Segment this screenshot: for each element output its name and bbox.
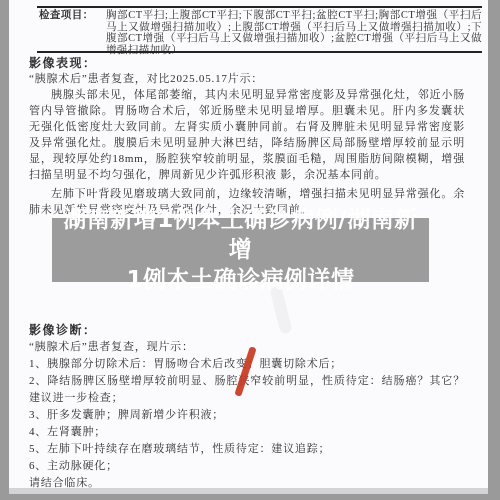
diagnosis-section: 影像诊断： “胰腺术后”患者复查，现片示： 1、胰腺部分切除术后：胃肠吻合术后改… — [29, 322, 465, 492]
news-headline-banner: 湖南新增1例本土确诊病例/湖南新增 1例本土确诊病例详情 — [52, 218, 429, 282]
diagnosis-item: 4、左肾囊肿； — [29, 424, 465, 441]
diagnosis-item: 5、左肺下叶持续存在磨玻璃结节，性质待定：建议追踪； — [29, 441, 465, 458]
findings-intro: “胰腺术后”患者复查，对比2025.05.17片示： — [29, 71, 465, 87]
findings-paragraph-1: 胰腺头部未见，体尾部萎缩，其内未见明显异常密度影及异常强化灶，邻近小肠管内导管撤… — [29, 87, 465, 183]
banner-line-2: 1例本土确诊病例详情 — [126, 265, 354, 295]
findings-heading: 影像表现： — [29, 55, 465, 71]
banner-line-1: 湖南新增1例本土确诊病例/湖南新增 — [52, 205, 429, 265]
diagnosis-item: 3、肝多发囊肿；脾周新增少许积液； — [29, 407, 465, 424]
mid-divider — [37, 51, 482, 53]
exam-items-row: 检查项目： 胸部CT平扫;上腹部CT平扫;下腹部CT平扫;盆腔CT平扫;胸部CT… — [39, 10, 482, 56]
diagnosis-item: 6、主动脉硬化； — [29, 458, 465, 475]
findings-section: 影像表现： “胰腺术后”患者复查，对比2025.05.17片示： 胰腺头部未见，… — [29, 55, 465, 218]
top-divider — [37, 6, 482, 8]
diagnosis-heading: 影像诊断： — [29, 322, 465, 338]
report-photo: 检查项目： 胸部CT平扫;上腹部CT平扫;下腹部CT平扫;盆腔CT平扫;胸部CT… — [0, 0, 500, 500]
exam-items-label: 检查项目： — [39, 10, 106, 56]
exam-items-content: 胸部CT平扫;上腹部CT平扫;下腹部CT平扫;盆腔CT平扫;胸部CT增强（平扫后… — [106, 10, 482, 56]
bottom-edge-strip — [9, 488, 488, 494]
